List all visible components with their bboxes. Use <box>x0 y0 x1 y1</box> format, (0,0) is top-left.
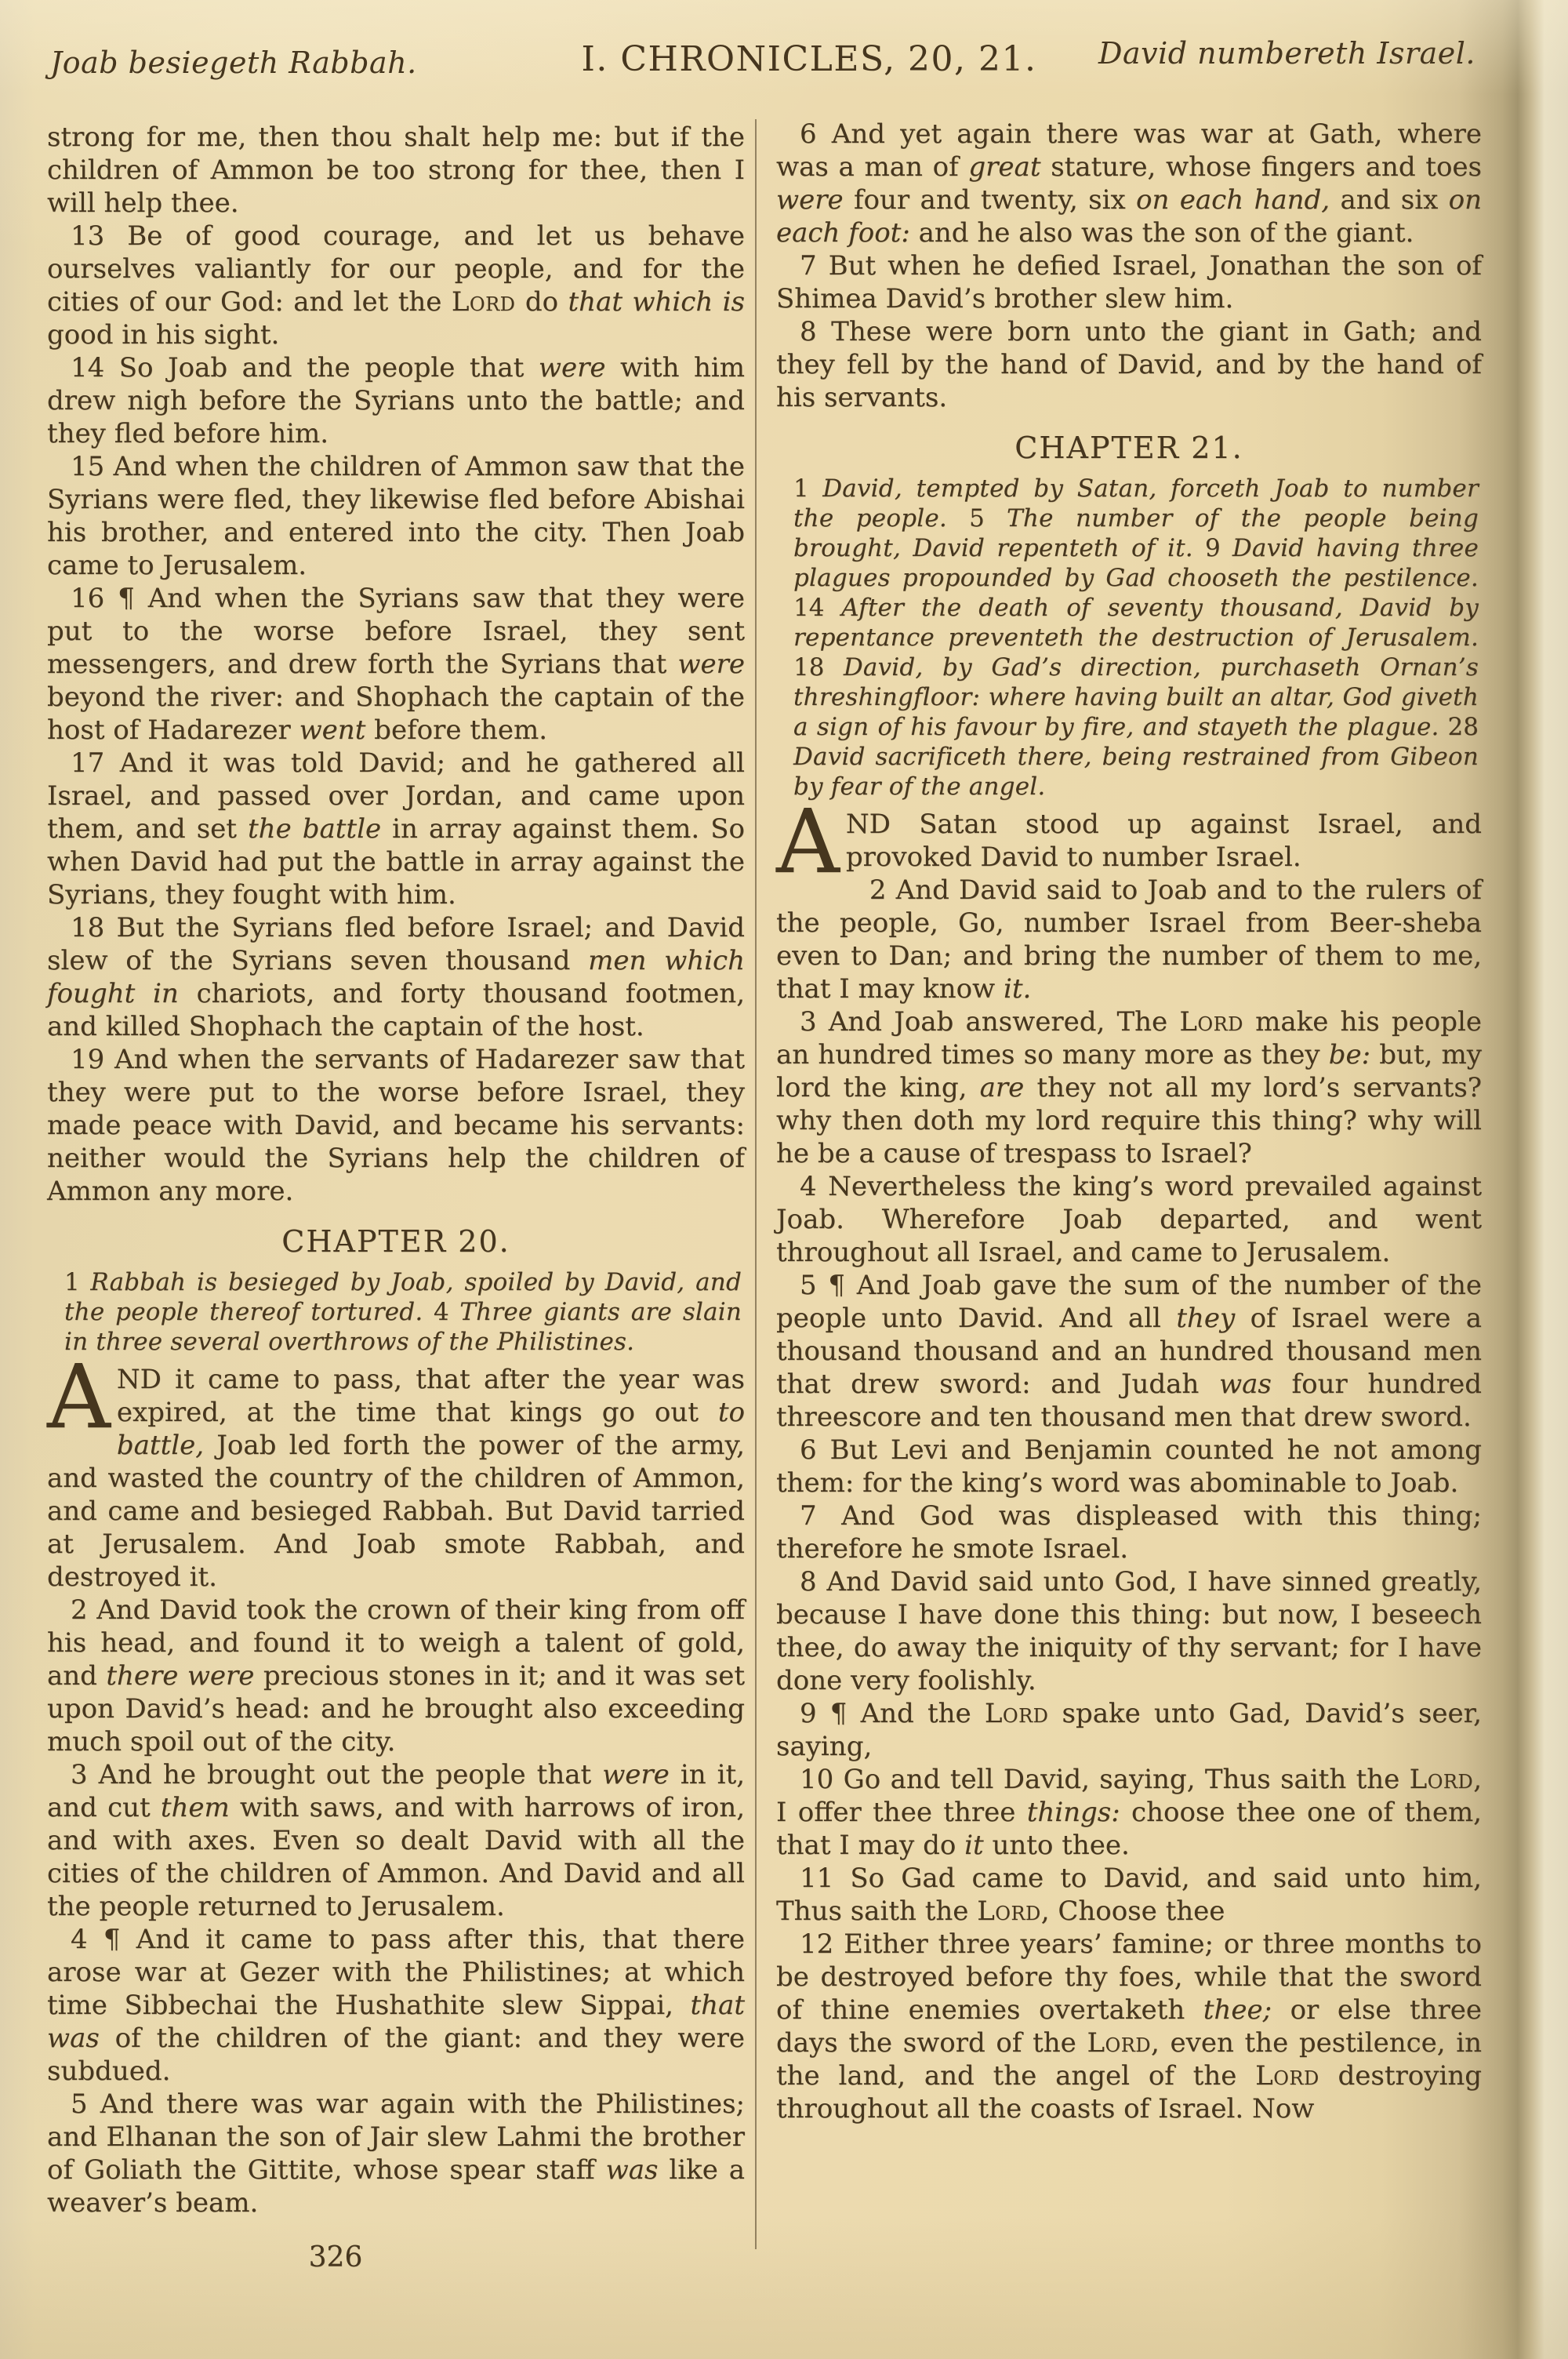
verse-paragraph: 3 And he brought out the people that wer… <box>47 1758 745 1923</box>
verse-paragraph: 15 And when the children of Ammon saw th… <box>47 450 745 582</box>
chapter-heading: CHAPTER 20. <box>47 1223 745 1259</box>
verse-paragraph: 4 ¶ And it came to pass after this, that… <box>47 1923 745 2088</box>
drop-cap-initial: A <box>47 1363 117 1430</box>
verse-paragraph: 6 But Levi and Benjamin counted he not a… <box>776 1434 1482 1499</box>
verse-continuation: strong for me, then thou shalt help me: … <box>47 121 745 220</box>
chapter-heading: CHAPTER 21. <box>776 430 1482 466</box>
verse-paragraph: 9 ¶ And the Lord spake unto Gad, David’s… <box>776 1697 1482 1763</box>
running-head: Joab besiegeth Rabbah. I. CHRONICLES, 20… <box>0 0 1568 102</box>
verse-paragraph: 10 Go and tell David, saying, Thus saith… <box>776 1763 1482 1862</box>
verse-paragraph: 3 And Joab answered, The Lord make his p… <box>776 1005 1482 1170</box>
drop-cap-initial: A <box>776 808 846 875</box>
verse-paragraph: 6 And yet again there was war at Gath, w… <box>776 118 1482 249</box>
verse-paragraph: 11 So Gad came to David, and said unto h… <box>776 1862 1482 1928</box>
verse-paragraph: 19 And when the servants of Hadarezer sa… <box>47 1043 745 1208</box>
verse-paragraph: 12 Either three years’ famine; or three … <box>776 1928 1482 2125</box>
verse-paragraph: 17 And it was told David; and he gathere… <box>47 747 745 911</box>
column-divider-rule <box>755 119 757 2249</box>
chapter-summary: 1 David, tempted by Satan, forceth Joab … <box>776 474 1482 801</box>
verse-paragraph: 5 ¶ And Joab gave the sum of the number … <box>776 1269 1482 1434</box>
verse-paragraph: 4 Nevertheless the king’s word prevailed… <box>776 1170 1482 1269</box>
verse-paragraph: 14 So Joab and the people that were with… <box>47 351 745 450</box>
verse-paragraph: 2 And David said to Joab and to the rule… <box>776 874 1482 1005</box>
running-head-left: Joab besiegeth Rabbah. <box>50 45 417 80</box>
right-text-column: 6 And yet again there was war at Gath, w… <box>776 118 1482 2125</box>
verse-paragraph: 18 But the Syrians fled before Israel; a… <box>47 911 745 1043</box>
verse-paragraph: 7 And God was displeased with this thing… <box>776 1499 1482 1565</box>
left-text-column: strong for me, then thou shalt help me: … <box>47 121 745 2219</box>
running-head-right: David numbereth Israel. <box>1098 36 1475 71</box>
verse-paragraph: 7 But when he defied Israel, Jonathan th… <box>776 249 1482 315</box>
verse-paragraph: 16 ¶ And when the Syrians saw that they … <box>47 582 745 747</box>
running-head-center: I. CHRONICLES, 20, 21. <box>582 39 1037 79</box>
verse-paragraph: 2 And David took the crown of their king… <box>47 1594 745 1758</box>
verse-paragraph-dropcap: AND it came to pass, that after the year… <box>47 1363 745 1594</box>
verse-paragraph: 8 These were born unto the giant in Gath… <box>776 315 1482 414</box>
bible-page-scan: Joab besiegeth Rabbah. I. CHRONICLES, 20… <box>0 0 1568 2359</box>
verse-paragraph-dropcap: AND Satan stood up against Israel, and p… <box>776 808 1482 874</box>
page-number: 326 <box>289 2241 383 2274</box>
verse-paragraph: 13 Be of good courage, and let us behave… <box>47 220 745 351</box>
verse-paragraph: 8 And David said unto God, I have sinned… <box>776 1565 1482 1697</box>
verse-paragraph: 5 And there was war again with the Phili… <box>47 2088 745 2219</box>
chapter-summary: 1 Rabbah is besieged by Joab, spoiled by… <box>47 1267 745 1357</box>
